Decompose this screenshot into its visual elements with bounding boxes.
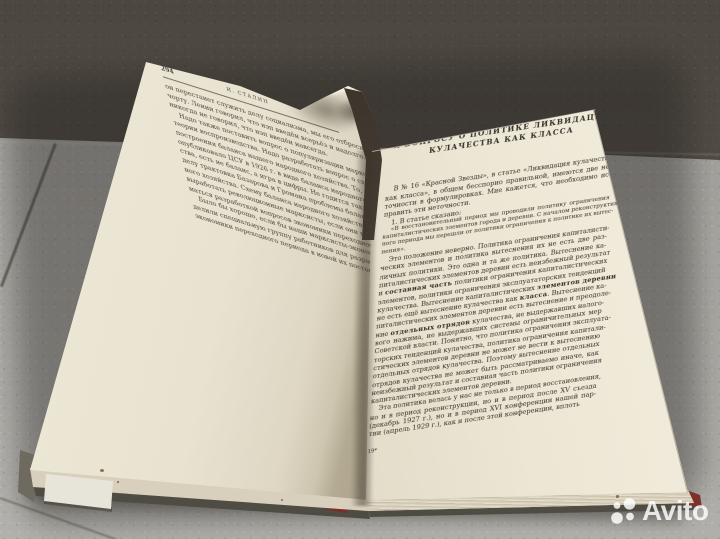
header-spacer [322, 120, 337, 125]
avito-watermark-text: Avito [642, 497, 708, 525]
photo-scene: 294 И. СТАЛИН он перестанет служить делу… [0, 0, 720, 539]
avito-watermark: Avito [609, 497, 708, 527]
avito-logo-icon [609, 497, 639, 527]
stain-spot [100, 469, 104, 472]
right-page-text: К ВОПРОСУ О ПОЛИТИКЕ ЛИКВИДАЦИИКУЛАЧЕСТВ… [367, 109, 615, 456]
right-page-body: В № 16 «Красной Звезды», в статье «Ликви… [368, 154, 612, 439]
